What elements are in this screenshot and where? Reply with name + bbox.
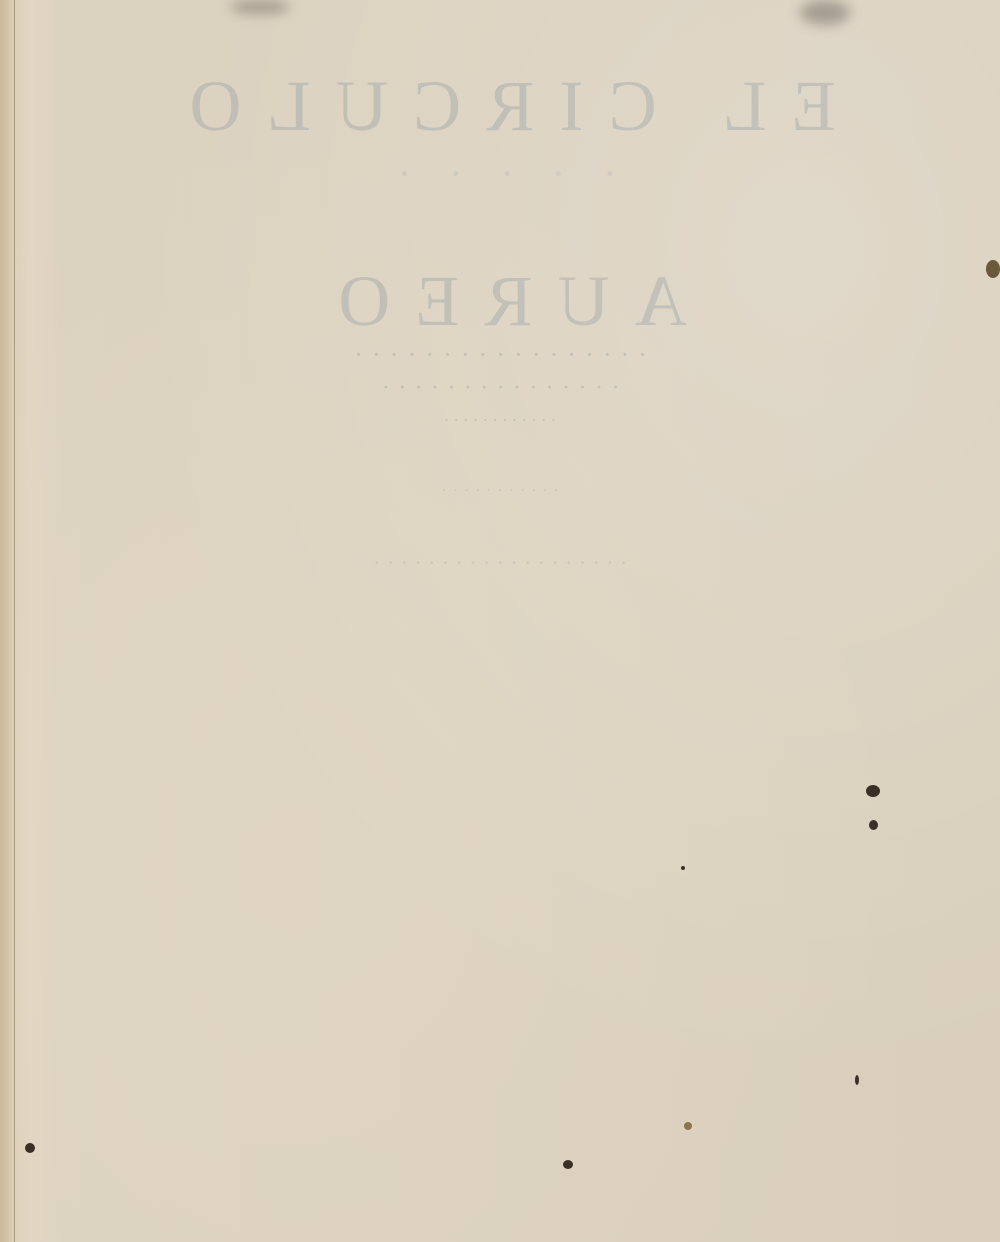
bleed-line: · · · · · · · · · · · — [0, 480, 1000, 501]
bleed-line: · · · · · · · · · · · · — [0, 410, 1000, 431]
spot — [681, 866, 685, 870]
stain — [800, 0, 850, 25]
bleed-subtitle: AUREO — [0, 260, 1000, 343]
wormhole — [866, 785, 880, 797]
bleed-title: EL CIRCULO — [0, 65, 1000, 148]
stain — [230, 0, 290, 14]
spot — [684, 1122, 692, 1130]
bleed-line: · · · · · · · · · · · · · · · — [0, 375, 1000, 402]
wormhole — [869, 820, 878, 830]
bleed-line: · · · · · — [0, 150, 1000, 197]
spot — [986, 260, 1000, 278]
bleed-line: · · · · · · · · · · · · · · · · · — [0, 340, 1000, 370]
spot — [855, 1075, 859, 1085]
wormhole — [563, 1160, 573, 1169]
bleed-line: · · · · · · · · · · · · · · · · · · · — [0, 550, 1000, 576]
wormhole — [25, 1143, 35, 1153]
